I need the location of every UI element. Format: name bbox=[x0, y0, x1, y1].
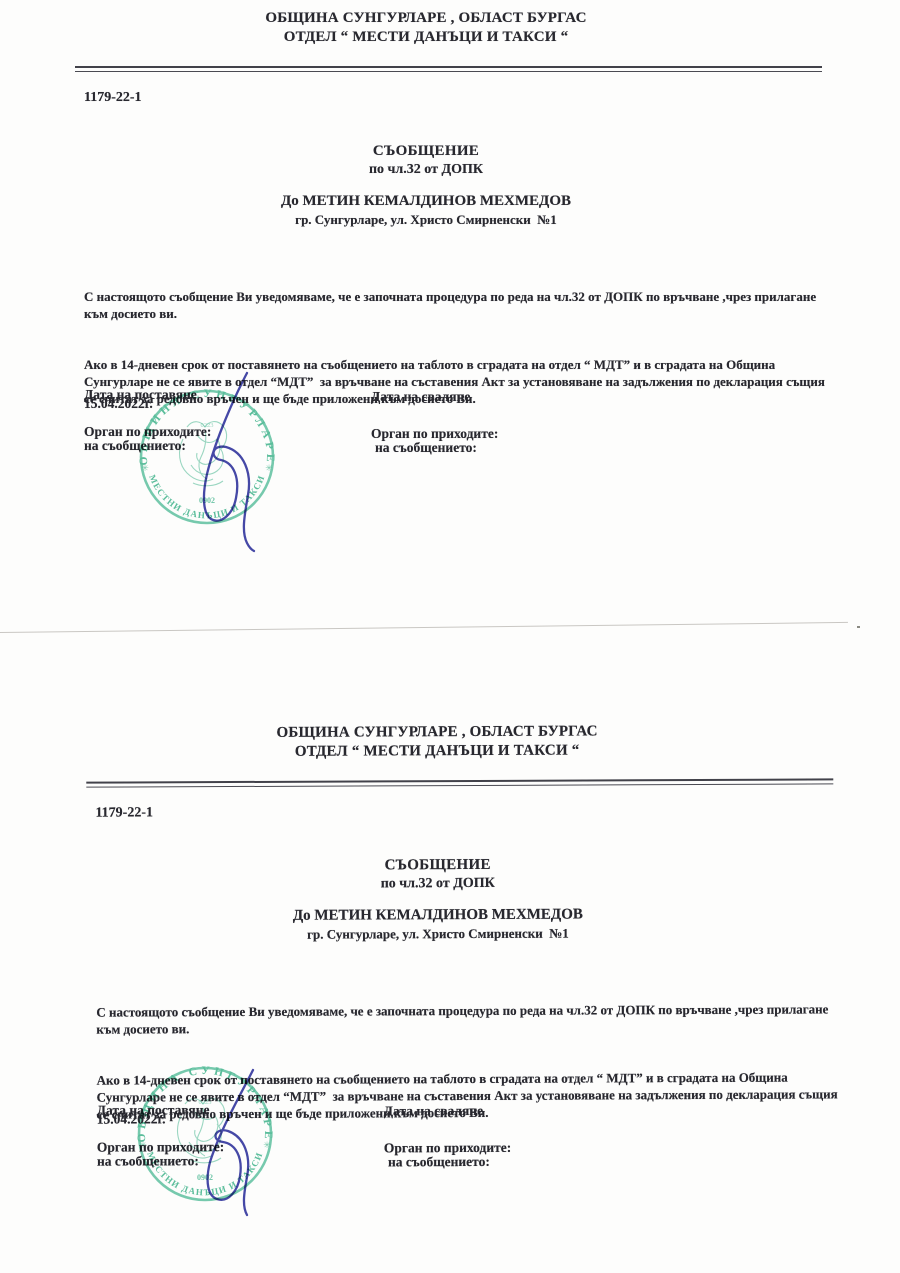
stamp-inner-number: 0223 bbox=[201, 422, 214, 429]
document-subtitle: по чл.32 от ДОПК bbox=[0, 162, 852, 178]
document-copy-2: ОБЩИНА СУНГУРЛАРЕ , ОБЛАСТ БУРГАС ОТДЕЛ … bbox=[11, 712, 900, 716]
date-removed-label: Дата на сваляне на съобщението: bbox=[371, 354, 477, 490]
document-title: СЪОБЩЕНИЕ bbox=[0, 143, 852, 160]
stamp-coat-of-arms bbox=[180, 422, 227, 486]
document-title: СЪОБЩЕНИЕ bbox=[12, 855, 864, 876]
addressee-address: гр. Сунгурларе, ул. Христо Смирненски №1 bbox=[0, 212, 852, 228]
date-removed-label: Дата на сваляне на съобщението: bbox=[384, 1068, 490, 1204]
reference-number: 1179-22-1 bbox=[84, 90, 142, 106]
reference-number: 1179-22-1 bbox=[95, 805, 153, 821]
stamp-coat-of-arms bbox=[178, 1099, 225, 1163]
stamp-inner-number: 0223 bbox=[199, 1099, 212, 1106]
page-seam-line bbox=[0, 622, 848, 633]
revenue-authority-label-right: Орган по приходите: bbox=[371, 426, 498, 442]
stamp-star-right: ✳ bbox=[263, 1140, 271, 1150]
scan-speck bbox=[857, 626, 860, 628]
municipality-stamp: ОБЩИНА СУНГУРЛАРЕ МЕСТНИ ДАНЪЦИ И ТАКСИ … bbox=[122, 372, 292, 542]
stamp-star-right: ✳ bbox=[265, 463, 273, 473]
municipality-header-line: ОБЩИНА СУНГУРЛАРЕ , ОБЛАСТ БУРГАС bbox=[11, 722, 863, 743]
stamp-number: 0902 bbox=[197, 1173, 213, 1182]
municipality-stamp: ОБЩИНА СУНГУРЛАРЕ МЕСТНИ ДАНЪЦИ И ТАКСИ … bbox=[120, 1049, 290, 1219]
addressee-line: До МЕТИН КЕМАЛДИНОВ МЕХМЕДОВ bbox=[12, 905, 864, 926]
double-rule bbox=[75, 66, 822, 72]
stamp-number: 0902 bbox=[199, 496, 215, 505]
revenue-authority-label-right: Орган по приходите: bbox=[384, 1140, 511, 1157]
addressee-address: гр. Сунгурларе, ул. Христо Смирненски №1 bbox=[12, 924, 864, 944]
double-rule bbox=[86, 778, 833, 787]
document-subtitle: по чл.32 от ДОПК bbox=[12, 874, 864, 894]
body-paragraph-1: С настоящото съобщение Ви уведомяваме, ч… bbox=[84, 288, 830, 322]
addressee-line: До МЕТИН КЕМАЛДИНОВ МЕХМЕДОВ bbox=[0, 193, 852, 210]
stamp-star-left: ✳ bbox=[139, 1140, 147, 1150]
department-header-line: ОТДЕЛ “ МЕСТИ ДАНЪЦИ И ТАКСИ “ bbox=[0, 29, 852, 46]
department-header-line: ОТДЕЛ “ МЕСТИ ДАНЪЦИ И ТАКСИ “ bbox=[11, 741, 863, 762]
body-paragraph-1: С настоящото съобщение Ви уведомяваме, ч… bbox=[96, 1000, 842, 1037]
stamp-star-left: ✳ bbox=[141, 463, 149, 473]
municipality-header-line: ОБЩИНА СУНГУРЛАРЕ , ОБЛАСТ БУРГАС bbox=[0, 10, 852, 27]
